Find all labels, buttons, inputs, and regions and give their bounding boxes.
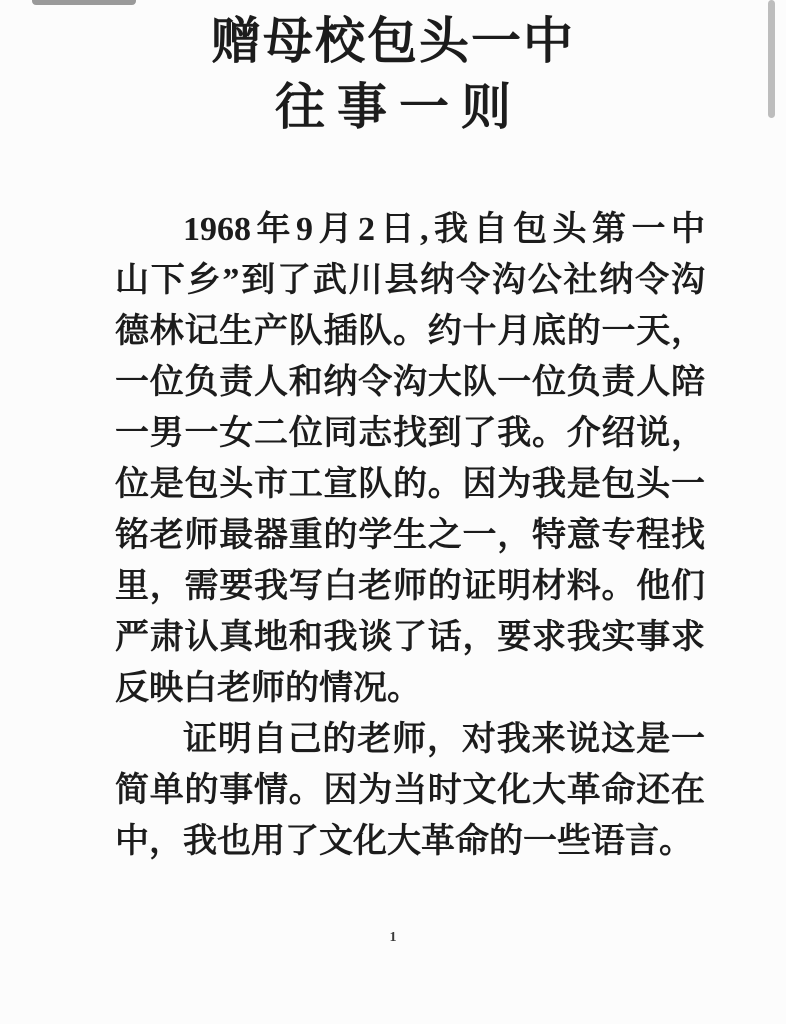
- body-line: 证明自己的老师，对我来说这是一件很: [115, 714, 705, 765]
- paragraph: 证明自己的老师，对我来说这是一件很 简单的事情。因为当时文化大革命还在进行 中，…: [115, 714, 705, 867]
- body-line: 德林记生产队插队。约十月底的一天，公社: [115, 306, 705, 357]
- body-line: 反映白老师的情况。: [115, 663, 705, 714]
- body-line: 里，需要我写白老师的证明材料。他们一起: [115, 561, 705, 612]
- title-line-2: 往事一则: [0, 74, 786, 140]
- body-line: 简单的事情。因为当时文化大革命还在进行: [115, 765, 705, 816]
- body-line: 一男一女二位同志找到了我。介绍说，这二: [115, 408, 705, 459]
- body-line: 位是包头市工宣队的。因为我是包头一中白: [115, 459, 705, 510]
- body-line: 铭老师最器重的学生之一，特意专程找到这: [115, 510, 705, 561]
- body-line: 中，我也用了文化大革命的一些语言。: [115, 816, 705, 867]
- body-line: 山下乡”到了武川县纳令沟公社纳令沟大队: [115, 255, 705, 306]
- body-line: 严肃认真地和我谈了话，要求我实事求是地: [115, 612, 705, 663]
- top-tab-notch: [32, 0, 136, 5]
- scrollbar-thumb[interactable]: [768, 0, 775, 118]
- body-line: 1968年9月2日,我自包头第一中学“上: [115, 204, 705, 255]
- body-line: 一位负责人和纳令沟大队一位负责人陪同: [115, 357, 705, 408]
- page-number: 1: [0, 930, 786, 946]
- title-line-1: 赠母校包头一中: [0, 8, 786, 74]
- document-body: 1968年9月2日,我自包头第一中学“上 山下乡”到了武川县纳令沟公社纳令沟大队…: [0, 204, 705, 867]
- paragraph: 1968年9月2日,我自包头第一中学“上 山下乡”到了武川县纳令沟公社纳令沟大队…: [115, 204, 705, 714]
- document-title: 赠母校包头一中 往事一则: [0, 8, 786, 140]
